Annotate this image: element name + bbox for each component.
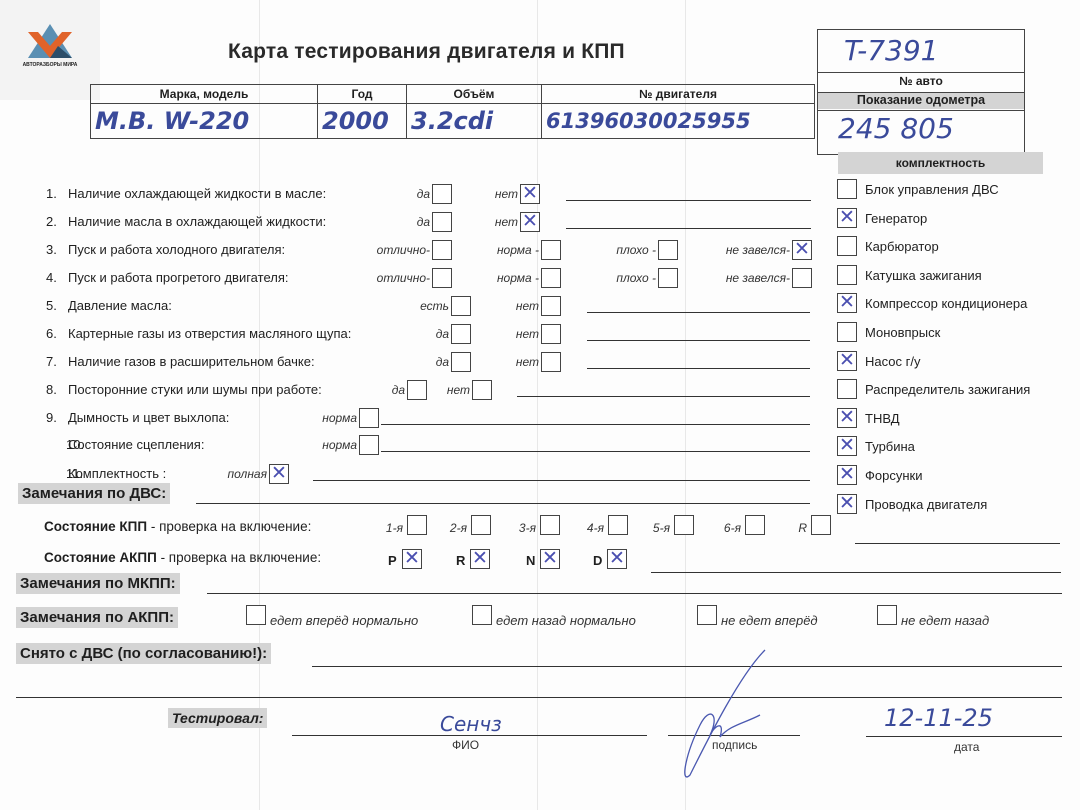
gear-checkbox[interactable] (470, 549, 490, 569)
auto-number-label: № авто (818, 74, 1024, 88)
option-label: да (361, 355, 449, 369)
item-number: 4. (46, 270, 66, 285)
option-checkbox[interactable] (792, 240, 812, 260)
completeness-item-label: Катушка зажигания (865, 268, 982, 283)
checklist-item-label: Посторонние стуки или шумы при работе: (68, 382, 322, 397)
akpp-remark-checkbox[interactable] (472, 605, 492, 625)
kpp-label-rest: - проверка на включение: (147, 519, 311, 534)
completeness-item-label: ТНВД (865, 411, 900, 426)
checklist-item-label: Наличие газов в расширительном бачке: (68, 354, 315, 369)
completeness-item-label: Моновпрыск (865, 325, 940, 340)
option-label: не завелся- (702, 243, 790, 257)
gear-label: R (719, 521, 807, 535)
notes-line[interactable] (587, 368, 810, 369)
tested-by-label: Тестировал: (168, 708, 267, 728)
completeness-checkbox[interactable] (837, 494, 857, 514)
akpp-label-rest: - проверка на включение: (157, 550, 321, 565)
option-checkbox[interactable] (472, 380, 492, 400)
option-label: норма (269, 438, 357, 452)
tester-name-value[interactable]: Сенчз (440, 712, 502, 736)
remarks-mkpp-line[interactable] (207, 593, 1062, 594)
brand-model-value[interactable]: M.B. W-220 (91, 104, 318, 139)
completeness-checkbox[interactable] (837, 179, 857, 199)
item-number: 8. (46, 382, 66, 397)
date-caption: дата (954, 740, 979, 754)
completeness-checkbox[interactable] (837, 465, 857, 485)
completeness-item-label: Проводка двигателя (865, 497, 987, 512)
option-label: норма - (451, 271, 539, 285)
akpp-remark-label: не едет назад (901, 613, 989, 628)
remarks-engine-label: Замечания по ДВС: (18, 483, 170, 504)
completeness-checkbox[interactable] (837, 236, 857, 256)
item-number: 1. (46, 186, 66, 201)
option-label: отлично- (342, 271, 430, 285)
option-label: нет (451, 355, 539, 369)
option-checkbox[interactable] (359, 435, 379, 455)
completeness-header: комплектность (838, 152, 1043, 174)
option-checkbox[interactable] (520, 184, 540, 204)
gear-checkbox[interactable] (607, 549, 627, 569)
completeness-checkbox[interactable] (837, 379, 857, 399)
notes-line[interactable] (313, 480, 810, 481)
signature-caption: подпись (712, 738, 757, 752)
notes-line[interactable] (381, 424, 810, 425)
removed-line-2[interactable] (16, 697, 1062, 698)
odometer-label: Показание одометра (818, 93, 1024, 109)
item-number: 3. (46, 242, 66, 257)
date-line (866, 736, 1062, 737)
column-header: Объём (407, 85, 542, 104)
akpp-remark-label: едет вперёд нормально (270, 613, 418, 628)
option-label: норма (269, 411, 357, 425)
volume-value[interactable]: 3.2cdi (407, 104, 542, 139)
item-number: 9. (46, 410, 66, 425)
completeness-checkbox[interactable] (837, 436, 857, 456)
option-checkbox[interactable] (541, 296, 561, 316)
option-checkbox[interactable] (269, 464, 289, 484)
option-label: нет (430, 187, 518, 201)
option-label: не завелся- (702, 271, 790, 285)
akpp-label-bold: Состояние АКПП (44, 550, 157, 565)
option-label: отлично- (342, 243, 430, 257)
notes-line[interactable] (587, 312, 810, 313)
item-number: 2. (46, 214, 66, 229)
checklist-item-label: Наличие охлаждающей жидкости в масле: (68, 186, 326, 201)
vehicle-info-table: Марка, модель Год Объём № двигателя M.B.… (90, 84, 815, 139)
gear-checkbox[interactable] (540, 549, 560, 569)
completeness-checkbox[interactable] (837, 408, 857, 428)
option-checkbox[interactable] (541, 268, 561, 288)
notes-line[interactable] (517, 396, 810, 397)
completeness-checkbox[interactable] (837, 293, 857, 313)
option-checkbox[interactable] (359, 408, 379, 428)
option-label: нет (430, 215, 518, 229)
item-number: 6. (46, 326, 66, 341)
gear-label: P (388, 553, 397, 568)
option-checkbox[interactable] (541, 352, 561, 372)
gear-checkbox[interactable] (402, 549, 422, 569)
option-label: полная (179, 467, 267, 481)
name-caption: ФИО (452, 738, 479, 752)
column-header: Год (318, 85, 407, 104)
option-label: плохо - (568, 243, 656, 257)
completeness-item-label: Карбюратор (865, 239, 939, 254)
option-checkbox[interactable] (541, 240, 561, 260)
checklist-item-label: Наличие масла в охлаждающей жидкости: (68, 214, 326, 229)
akpp-remark-label: не едет вперёд (721, 613, 818, 628)
completeness-item-label: Блок управления ДВС (865, 182, 999, 197)
completeness-checkbox[interactable] (837, 208, 857, 228)
mountain-v-logo-icon (28, 24, 72, 62)
item-number: 5. (46, 298, 66, 313)
akpp-remark-label: едет назад нормально (496, 613, 636, 628)
completeness-checkbox[interactable] (837, 265, 857, 285)
completeness-item-label: Компрессор кондиционера (865, 296, 1027, 311)
signature-icon[interactable] (670, 645, 780, 785)
option-label: да (342, 187, 430, 201)
option-label: нет (451, 299, 539, 313)
option-checkbox[interactable] (432, 268, 452, 288)
kpp-label: Состояние КПП - проверка на включение: (44, 519, 311, 534)
checklist-item-label: Картерные газы из отверстия масляного щу… (68, 326, 351, 341)
completeness-item-label: Распределитель зажигания (865, 382, 1030, 397)
checklist-item-label: Пуск и работа прогретого двигателя: (68, 270, 288, 285)
notes-line[interactable] (566, 228, 811, 229)
completeness-item-label: Генератор (865, 211, 927, 226)
column-header: № двигателя (542, 85, 815, 104)
notes-line[interactable] (566, 200, 811, 201)
completeness-checkbox[interactable] (837, 322, 857, 342)
option-label: нет (382, 383, 470, 397)
remarks-akpp-label: Замечания по АКПП: (16, 607, 178, 628)
option-checkbox[interactable] (792, 268, 812, 288)
notes-line[interactable] (381, 451, 810, 452)
completeness-item-label: Турбина (865, 439, 915, 454)
option-label: плохо - (568, 271, 656, 285)
checklist-item-label: Состояние сцепления: (68, 437, 204, 452)
option-checkbox[interactable] (658, 268, 678, 288)
option-label: да (361, 327, 449, 341)
completeness-item-label: Форсунки (865, 468, 922, 483)
odometer-value[interactable]: 245 805 (838, 112, 954, 145)
logo: АВТОРАЗБОРЫ МИРА (0, 0, 100, 100)
completeness-checkbox[interactable] (837, 351, 857, 371)
kpp-label-bold: Состояние КПП (44, 519, 147, 534)
option-label: да (342, 215, 430, 229)
gear-label: N (526, 553, 535, 568)
notes-line[interactable] (587, 340, 810, 341)
auto-odometer-box: T-7391 № авто Показание одометра 245 805 (817, 29, 1025, 155)
completeness-item-label: Насос г/у (865, 354, 920, 369)
date-value[interactable]: 12-11-25 (884, 704, 993, 732)
option-checkbox[interactable] (432, 240, 452, 260)
column-header: Марка, модель (91, 85, 318, 104)
checklist-item-label: Дымность и цвет выхлопа: (68, 410, 229, 425)
option-label: норма - (451, 243, 539, 257)
akpp-remark-checkbox[interactable] (877, 605, 897, 625)
option-label: есть (361, 299, 449, 313)
page-title: Карта тестирования двигателя и КПП (228, 40, 625, 64)
akpp-label: Состояние АКПП - проверка на включение: (44, 550, 321, 565)
removed-label: Снято с ДВС (по согласованию!): (16, 643, 271, 664)
kpp-line (855, 543, 1060, 544)
gear-checkbox[interactable] (811, 515, 831, 535)
year-value[interactable]: 2000 (318, 104, 407, 139)
checklist-item-label: Пуск и работа холодного двигателя: (68, 242, 285, 257)
gear-label: R (456, 553, 465, 568)
auto-number-value[interactable]: T-7391 (844, 34, 938, 67)
logo-text: АВТОРАЗБОРЫ МИРА (20, 62, 80, 68)
checklist-item-label: Комплектность : (68, 466, 166, 481)
option-checkbox[interactable] (658, 240, 678, 260)
akpp-remark-checkbox[interactable] (697, 605, 717, 625)
akpp-remark-checkbox[interactable] (246, 605, 266, 625)
remarks-mkpp-label: Замечания по МКПП: (16, 573, 180, 594)
remarks-engine-line[interactable] (196, 503, 810, 504)
option-label: нет (451, 327, 539, 341)
gear-label: D (593, 553, 602, 568)
akpp-line (651, 572, 1061, 573)
item-number: 7. (46, 354, 66, 369)
checklist-item-label: Давление масла: (68, 298, 172, 313)
engine-number-value[interactable]: 61396030025955 (542, 104, 815, 139)
option-checkbox[interactable] (541, 324, 561, 344)
option-checkbox[interactable] (520, 212, 540, 232)
